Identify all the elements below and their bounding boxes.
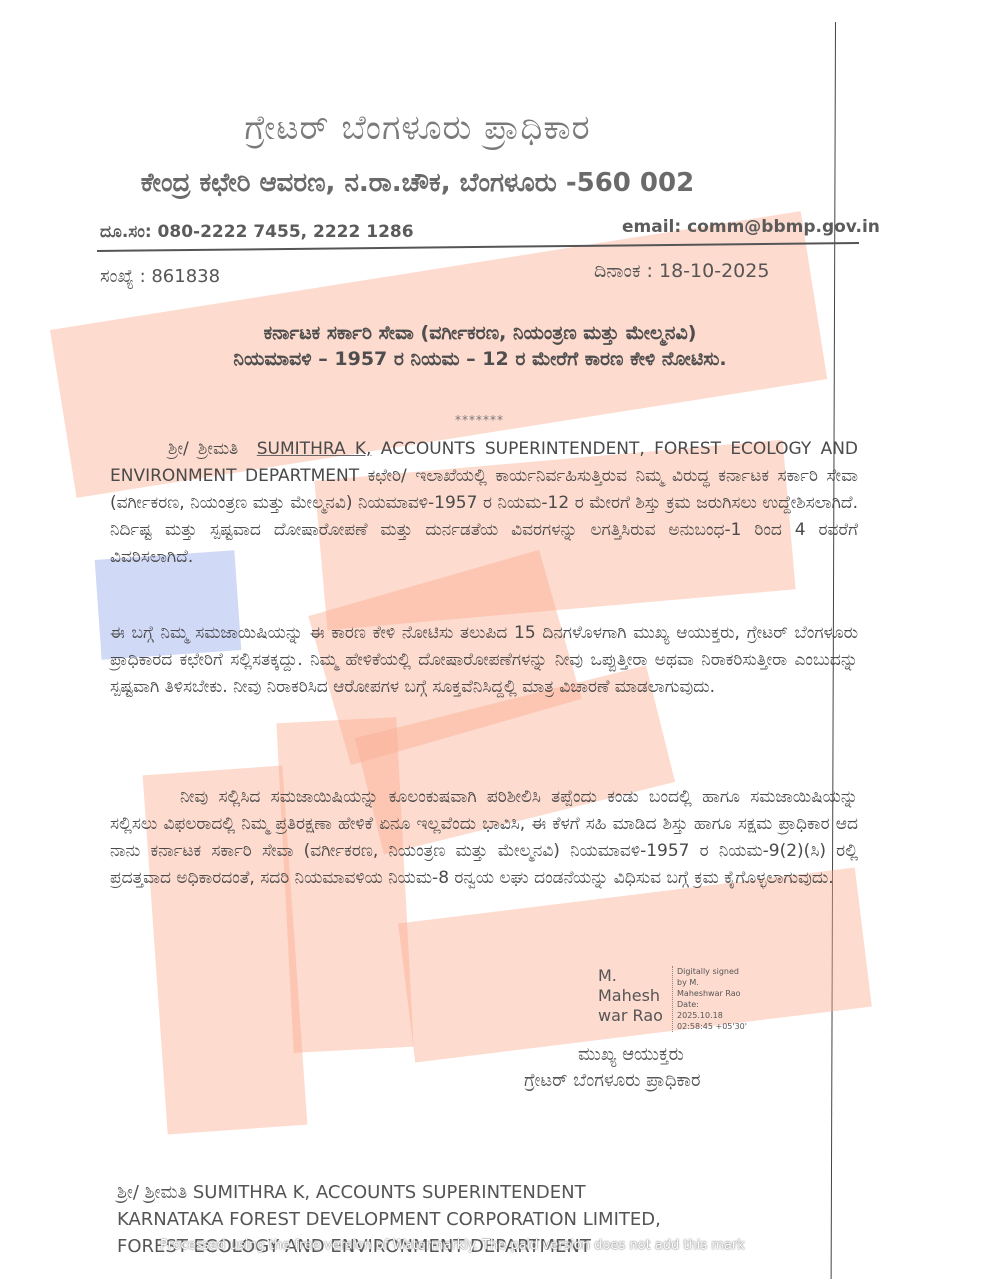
paragraph-1: ಶ್ರೀ/ ಶ್ರೀಮತಿ SUMITHRA K, ACCOUNTS SUPER… — [110, 436, 858, 571]
salutation: ಶ್ರೀ/ ಶ್ರೀಮತಿ — [168, 439, 238, 459]
paragraph-3-text: ನೀವು ಸಲ್ಲಿಸಿದ ಸಮಜಾಯಿಷಿಯನ್ನು ಕೂಲಂಕುಷವಾಗಿ … — [110, 787, 858, 888]
overlay-shape — [398, 867, 872, 1062]
signer-designation: ಮುಖ್ಯ ಆಯುಕ್ತರು — [578, 1044, 684, 1065]
signer-name-line: Mahesh — [598, 986, 663, 1006]
date-label: ದಿನಾಂಕ — [594, 260, 641, 282]
recipient-line-2: KARNATAKA FOREST DEVELOPMENT CORPORATION… — [117, 1209, 661, 1230]
paragraph-2: ಈ ಬಗ್ಗೆ ನಿಮ್ಮ ಸಮಜಾಯಿಷಿಯನ್ನು ಈ ಕಾರಣ ಕೇಳಿ … — [110, 620, 858, 701]
signature-detail-line: by M. — [677, 977, 747, 988]
signature-details: Digitally signed by M. Maheshwar Rao Dat… — [672, 966, 747, 1032]
document-date: ದಿನಾಂಕ : 18-10-2025 — [594, 260, 769, 282]
date-value: 18-10-2025 — [659, 260, 769, 282]
email-label: email: — [622, 217, 681, 237]
signer-authority: ಗ್ರೇಟರ್ ಬೆಂಗಳೂರು ಪ್ರಾಧಿಕಾರ — [524, 1070, 700, 1091]
document-page: ಗ್ರೇಟರ್ ಬೆಂಗಳೂರು ಪ್ರಾಧಿಕಾರ ಕೇಂದ್ರ ಕಛೇರಿ … — [0, 0, 1000, 1279]
signature-detail-line: Date: — [677, 999, 747, 1010]
reference-value: 861838 — [151, 266, 220, 287]
email-line: email: comm@bbmp.gov.in — [622, 217, 880, 237]
separator: ******* — [455, 413, 504, 427]
employee-name: SUMITHRA K, — [257, 439, 372, 459]
reference-label: ಸಂಖ್ಯೆ — [100, 266, 134, 287]
reference-number: ಸಂಖ್ಯೆ : 861838 — [100, 266, 220, 287]
digital-signature: M. Mahesh war Rao Digitally signed by M.… — [598, 966, 747, 1032]
watermark-text: Processed using the free version of Wate… — [160, 1238, 745, 1253]
organization-address: ಕೇಂದ್ರ ಕಛೇರಿ ಆವರಣ, ನ.ರಾ.ಚೌಕ, ಬೆಂಗಳೂರು -5… — [0, 168, 835, 199]
paragraph-3: ನೀವು ಸಲ್ಲಿಸಿದ ಸಮಜಾಯಿಷಿಯನ್ನು ಕೂಲಂಕುಷವಾಗಿ … — [110, 784, 858, 892]
phone-number: ದೂ.ಸಂ: 080-2222 7455, 2222 1286 — [100, 222, 414, 242]
subject-line-2: ನಿಯಮಾವಳಿ – 1957 ರ ನಿಯಮ – 12 ರ ಮೇರೆಗೆ ಕಾರ… — [0, 348, 960, 370]
signature-detail-line: Digitally signed — [677, 966, 747, 977]
email-address[interactable]: comm@bbmp.gov.in — [687, 217, 880, 237]
recipient-line-1: ಶ್ರೀ/ ಶ್ರೀಮತಿ SUMITHRA K, ACCOUNTS SUPER… — [117, 1182, 586, 1203]
signature-detail-line: 2025.10.18 — [677, 1010, 747, 1021]
signer-name-line: war Rao — [598, 1006, 663, 1026]
signature-detail-line: 02:58:45 +05'30' — [677, 1021, 747, 1032]
signer-name-line: M. — [598, 966, 663, 986]
organization-name: ಗ್ರೇಟರ್ ಬೆಂಗಳೂರು ಪ್ರಾಧಿಕಾರ — [0, 108, 835, 148]
signer-name: M. Mahesh war Rao — [598, 966, 663, 1026]
signature-detail-line: Maheshwar Rao — [677, 988, 747, 999]
subject-line-1: ಕರ್ನಾಟಕ ಸರ್ಕಾರಿ ಸೇವಾ (ವರ್ಗೀಕರಣ, ನಿಯಂತ್ರಣ… — [0, 322, 960, 344]
